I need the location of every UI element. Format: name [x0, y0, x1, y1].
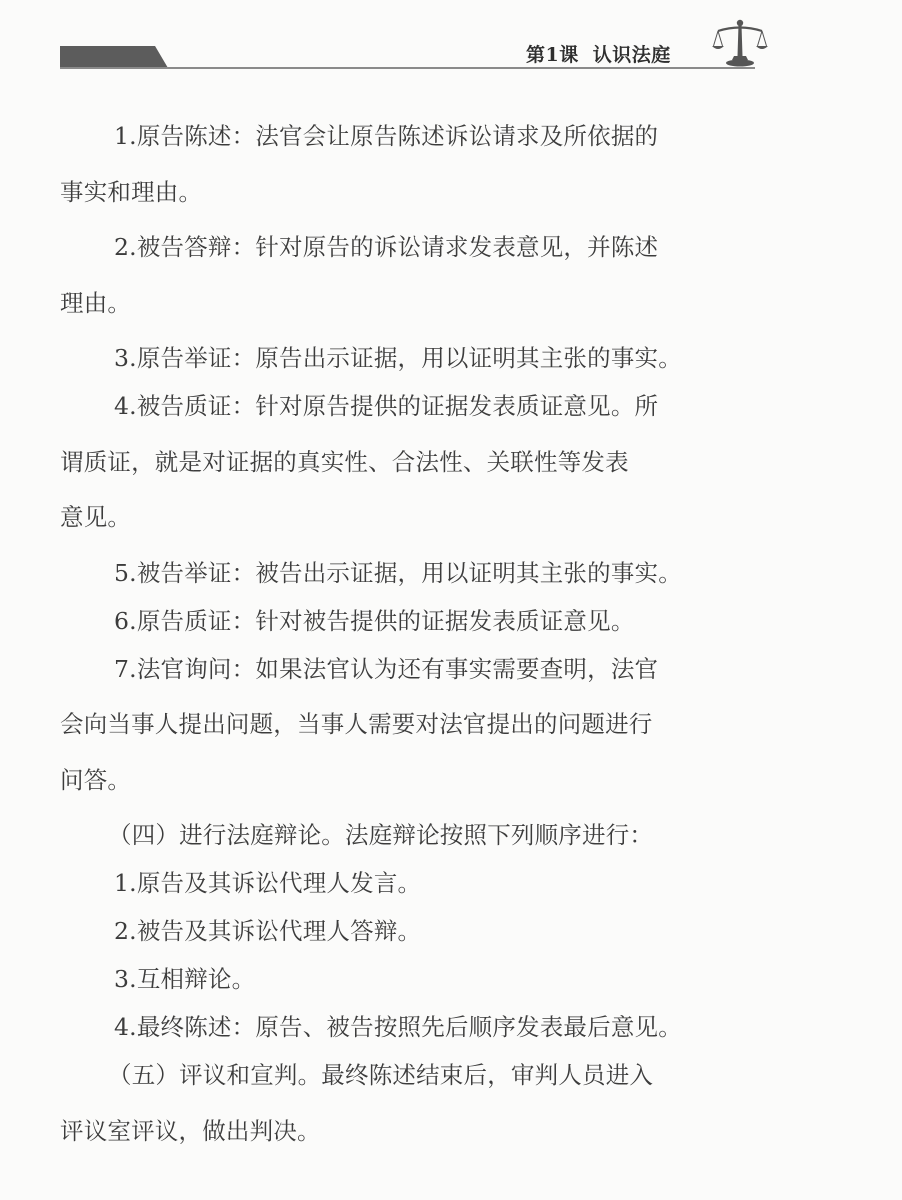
- running-title: 第1课认识法庭: [526, 40, 671, 67]
- scales-of-justice-icon: [712, 18, 768, 68]
- paragraph-line: 3.互相辩论。: [60, 959, 752, 1007]
- paragraph-line: 意见。: [60, 497, 752, 553]
- paragraph-line: 1.原告陈述：法官会让原告陈述诉讼请求及所依据的: [60, 116, 752, 172]
- paragraph-line: 3.原告举证：原告出示证据，用以证明其主张的事实。: [60, 338, 752, 386]
- paragraph-line: 2.被告及其诉讼代理人答辩。: [60, 911, 752, 959]
- paragraph-line: 5.被告举证：被告出示证据，用以证明其主张的事实。: [60, 553, 752, 601]
- paragraph-line: 1.原告及其诉讼代理人发言。: [60, 863, 752, 911]
- lesson-title: 认识法庭: [593, 44, 671, 66]
- paragraph-line: 4.被告质证：针对原告提供的证据发表质证意见。所: [60, 386, 752, 442]
- section-heading-line: （五）评议和宣判。最终陈述结束后，审判人员进入: [60, 1055, 752, 1111]
- paragraph-line: 7.法官询问：如果法官认为还有事实需要查明，法官: [60, 649, 752, 705]
- paragraph-line: 评议室评议，做出判决。: [60, 1111, 752, 1167]
- paragraph-line: 问答。: [60, 760, 752, 816]
- header-decoration-bar: [60, 46, 168, 68]
- paragraph-line: 理由。: [60, 283, 752, 339]
- paragraph-line: 4.最终陈述：原告、被告按照先后顺序发表最后意见。: [60, 1007, 752, 1055]
- page-body: 1.原告陈述：法官会让原告陈述诉讼请求及所依据的 事实和理由。 2.被告答辩：针…: [60, 116, 752, 1166]
- section-heading-line: （四）进行法庭辩论。法庭辩论按照下列顺序进行：: [60, 815, 752, 863]
- lesson-number: 第1课: [526, 44, 579, 66]
- paragraph-line: 谓质证，就是对证据的真实性、合法性、关联性等发表: [60, 442, 752, 498]
- paragraph-line: 事实和理由。: [60, 172, 752, 228]
- paragraph-line: 2.被告答辩：针对原告的诉讼请求发表意见，并陈述: [60, 227, 752, 283]
- paragraph-line: 6.原告质证：针对被告提供的证据发表质证意见。: [60, 601, 752, 649]
- page-header: 第1课认识法庭: [0, 0, 902, 80]
- header-rule: [60, 67, 755, 69]
- paragraph-line: 会向当事人提出问题，当事人需要对法官提出的问题进行: [60, 704, 752, 760]
